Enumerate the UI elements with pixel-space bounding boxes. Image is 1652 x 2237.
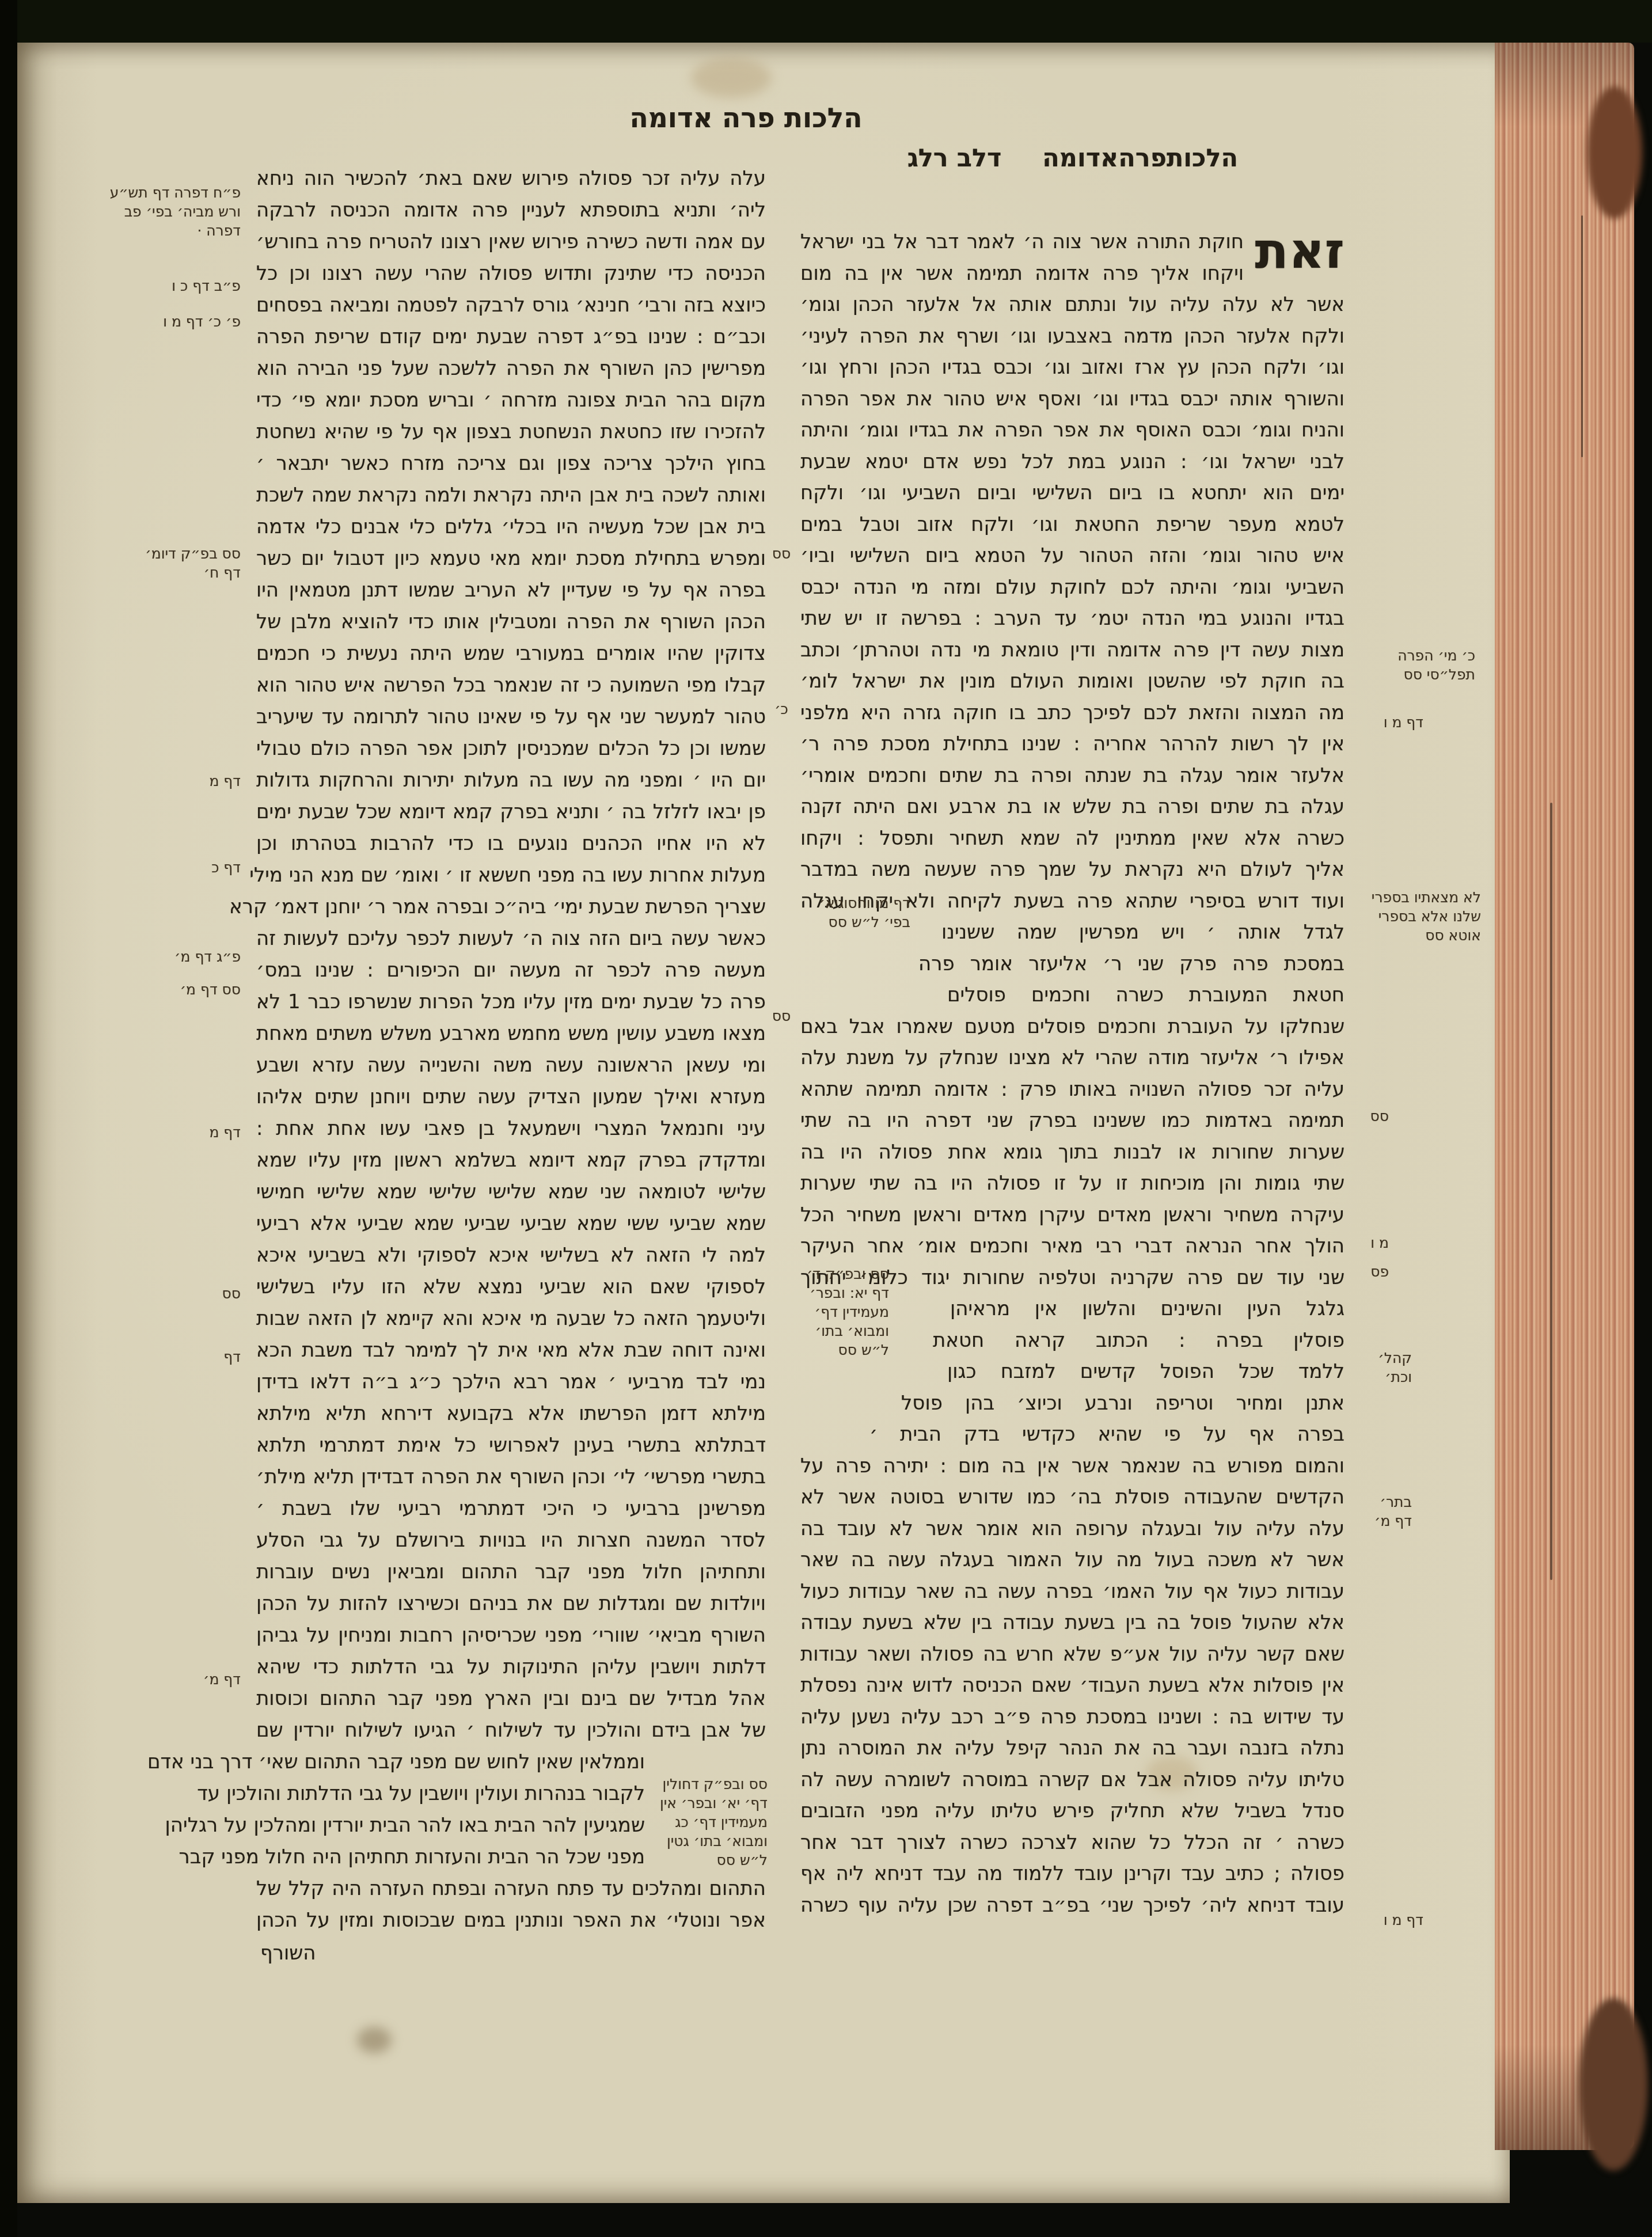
text-line: פן יבאו לזלזל בה ׳ ותניא בפרק קמא דיומא … (256, 797, 766, 829)
text-line: שמשו וכן כל הכלים שמכניסין לתוכן אפר הפר… (256, 734, 766, 766)
fore-edge-ink-mark (1550, 803, 1552, 1580)
text-line: דלתות ויושבין עליהן התינוקות על גבי הדלת… (256, 1653, 766, 1684)
text-line: הולך אחר הנראה דברי רבי מאיר וחכמים אומ׳… (800, 1232, 1345, 1263)
text-line: עיני וחנמאל המצרי וישמעאל בן פאבי עשו אח… (256, 1114, 766, 1146)
text-line: מפני שכל הר הבית והעזרות תחתיהן היה חלול… (256, 1843, 645, 1874)
page-edge-tear (1579, 1998, 1648, 2171)
text-line: מילתא דזמן הפרשתו אלא בקבועא דירחא תליא … (256, 1399, 766, 1431)
text-line: לסדר המשנה חצרות היו בנויות בירושלם על ג… (256, 1526, 766, 1558)
text-line: והמום מפורש בה שנאמר אשר אין בה מום : ית… (800, 1452, 1345, 1483)
text-line: שאם קשר עליה עול אע״פ שלא חרש בה פסולה ו… (800, 1640, 1345, 1672)
text-line: מקום בהר הבית צפונה מזרחה ׳ ובריש מסכת י… (256, 386, 766, 417)
text-line: למה לי הזאה לא בשלישי איכא לספוקי ולא בש… (256, 1241, 766, 1273)
text-line: מעלות אחרות עשו בה מפני חששא זו ׳ ואומ׳ … (256, 861, 766, 892)
text-line: לא היו אחיו הכהנים נוגעים בו כדי להרבות … (256, 829, 766, 861)
text-line: השביעי וגומ׳ והיתה לכם לחוקת עולם ומזה מ… (800, 573, 1345, 605)
text-line: טהור למעשר שני אף על פי שאינו טהור לתרומ… (256, 702, 766, 734)
text-line: אליך לעולם היא נקראת על שמך פרה שעשה משה… (800, 855, 1345, 887)
text-line: לגדל אותה ׳ ויש מפרשין שמה ששנינו (941, 918, 1345, 950)
text-line: עד שידוש בה : ושנינו במסכת פרה פ״ב רכב ע… (800, 1703, 1345, 1734)
text-line: חוקת התורה אשר צוה ה׳ לאמר דבר אל בני יש… (800, 227, 1244, 259)
text-line: כאשר עשה ביום הזה צוה ה׳ לעשות לכפר עליכ… (256, 924, 766, 956)
text-line: להזכירו שזו כחטאת הנשחטת בצפון אף על פי … (256, 417, 766, 449)
binding-edge-shadow (0, 0, 17, 2237)
text-line: השורף מביאי׳ שוורי׳ מפני שכריסיהן רחבות … (256, 1621, 766, 1653)
text-line: במסכת פרה פרק שני ר׳ אליעזר אומר פרה (918, 950, 1345, 981)
text-line: טליתו עליה פסולה אבל אם קשרה במוסרה לשומ… (800, 1765, 1345, 1797)
text-line: דבתלתא בתשרי בעינן לאפרושי כל אימת דמתרמ… (256, 1431, 766, 1463)
text-line: מצות עשה דין פרה אדומה ודין טומאת מי נדה… (800, 636, 1345, 667)
background-top-strip (0, 0, 1652, 43)
text-line: לספוקי שאם הוא שביעי נמצא שלא הזו עליו ב… (256, 1273, 766, 1304)
text-line: ועוד דורש בסיפרי שתהא פרה בשעת לקיחה ולא… (800, 887, 1345, 918)
text-line: שמגיעין להר הבית באו להר הבית יורדין ומה… (256, 1811, 645, 1843)
text-line: עלה עליה זכר פסולה פירוש שאם באת׳ להכשיר… (256, 164, 766, 196)
text-line: עובד דניחא ליה׳ לפיכך שני׳ בפ״ב דפרה שכן… (800, 1891, 1345, 1923)
text-line: ומי עשאן הראשונה עשה משה והשנייה עשה עזר… (256, 1051, 766, 1083)
text-line: מה המצוה והזאת לכם לפיכך כתב בו חוקה גזר… (800, 698, 1345, 730)
text-line: עבודות כעול אף עול האמו׳ בפרה עשה בה שאר… (800, 1577, 1345, 1609)
text-line: ויקחו אליך פרה אדומה תמימה אשר אין בה מו… (800, 259, 1244, 291)
text-line: שנחלקו על העוברת וחכמים פוסלים מטעם שאמר… (800, 1012, 1345, 1044)
running-head: הלכות פרה אדומה (626, 102, 865, 134)
text-line: ומדקדק בפרק קמא דיומא בשלמא ראשון מזין ע… (256, 1146, 766, 1178)
text-line: חטאת המעוברת כשרה וחכמים פוסלים (947, 981, 1345, 1012)
text-line: ללמד שכל הפוסל קדשים למזבח כגון (947, 1357, 1345, 1389)
text-line: וגו׳ ולקח הכהן עץ ארז ואזוב וגו׳ וכבס בג… (800, 353, 1345, 385)
text-line: מפרישין כהן השורף את הפרה ללשכה שעל פני … (256, 354, 766, 386)
text-line: שערות שחורות או לבנות בתוך גומא אחת פסול… (800, 1138, 1345, 1169)
text-line: צדוקין שהיו אומרים במעורבי שמש היתה נעשי… (256, 639, 766, 671)
text-line: אפר ונוטלי׳ את האפר ונותנין במים שבכוסות… (256, 1906, 766, 1938)
text-line: הכניסה כדי שתינק ותדוש פסולה שהרי עשה רצ… (256, 259, 766, 291)
text-line: עיקרה משחיר וראשן מאדים עיקרן מאדים וראש… (800, 1201, 1345, 1232)
text-line: התהום ומהלכים עד פתח העזרה ובפתח העזרה ה… (256, 1874, 766, 1906)
text-line: בגדיו והנוגע במי הנדה יטמ׳ עד הערב : בפר… (800, 604, 1345, 636)
text-line: עלה עליה עול ובעגלה ערופה הוא אומר אשר ל… (800, 1514, 1345, 1546)
text-line: עליה זכר פסולה השנויה באותו פרק : אדומה … (800, 1075, 1345, 1107)
text-line: ויולדות שם ומגדלות שם את בניהם וכשירצו ל… (256, 1589, 766, 1621)
text-line: ותחתיהן חלול מפני קבר התהום ומביאין נשים… (256, 1558, 766, 1589)
text-line: קבלו מפי השמועה כי זה שנאמר בכל הפרשה אי… (256, 671, 766, 702)
text-line: בתשרי מפרשי׳ לי׳ וכהן השורף את הפרה דבדי… (256, 1463, 766, 1494)
text-line: אתנן ומחיר וטריפה ונרבע וכיוצ׳ בהן פוסל (901, 1389, 1345, 1421)
text-line: ליה׳ ותניא בתוספתא לעניין פרה אדומה הכני… (256, 196, 766, 227)
text-line: תמימה באדמות כמו ששנינו בפרק שני דפרה הי… (800, 1106, 1345, 1138)
left-text-column: עלה עליה זכר פסולה פירוש שאם באת׳ להכשיר… (256, 164, 766, 1938)
text-line: וממלאין שאין לחוש שם מפני קבר התהום שאי׳… (256, 1748, 645, 1779)
text-line: הקדשים שהעבודה פוסלת בה׳ כמו שדורש בסוטה… (800, 1483, 1345, 1514)
catchword: השורף (260, 1942, 316, 1965)
text-line: ואינה דוחה שבת אלא מאי אית לך למימר לבד … (256, 1336, 766, 1368)
text-line: נתלה בזנבה ועבר בה את הנהר קיפל עליה את … (800, 1734, 1345, 1765)
text-line: כשרה ׳ זה הכלל כל שהוא לצרכה כשרה לצורך … (800, 1828, 1345, 1860)
text-line: וליטעמך הזאה כל שבעה מי איכא והא קיימא ל… (256, 1304, 766, 1336)
folio-marks: דלב רלג (907, 144, 1002, 173)
text-line: בפרה אף על פי שעדיין לא העריב שמשו דתנן … (256, 576, 766, 607)
text-line: איש טהור וגומ׳ והזה הטהור על הטמא ביום ה… (800, 541, 1345, 573)
text-line: אהל מבדיל שם בינם ובין הארץ מפני קבר התה… (256, 1684, 766, 1716)
text-line: עם אמה ודשה כשירה פירוש שאין רצונו להטרי… (256, 227, 766, 259)
opening-word: זאת (1255, 219, 1345, 283)
text-line: הכהן השורף את הפרה ומטבילין אותו כדי להו… (256, 607, 766, 639)
text-line: והשורף אותה יכבס בגדיו וגו׳ ואסף איש טהו… (800, 385, 1345, 416)
text-line: שמא שביעי ששי שמא שביעי שביעי שמא שביעי … (256, 1209, 766, 1241)
text-line: עגלה בת שתים ופרה בת שלש או בת ארבע ואם … (800, 792, 1345, 824)
text-line: אלא שהעול פוסל בה בין בשעת עבודה בין שלא… (800, 1608, 1345, 1640)
paper-stain (691, 58, 772, 98)
text-line: מעזרא ואילך שמעון הצדיק עשה שתים ויוחנן … (256, 1083, 766, 1114)
text-line: אין פוסלות אלא בשעת העבוד׳ שאם הכניסה לד… (800, 1671, 1345, 1703)
text-line: מצאו משבע עושין משש מחמש מארבע משלש משתי… (256, 1019, 766, 1051)
text-line: והניח וגומ׳ וכבס האוסף את אפר הפרה את בג… (800, 416, 1345, 447)
text-line: של אבן בידם והולכין עד לשילוח ׳ הגיעו לש… (256, 1716, 766, 1748)
text-line: נמי לבד מרביעי ׳ אמר רבא הילכך כ״ג ב״ה ד… (256, 1368, 766, 1399)
text-line: כיוצא בזה ורבי׳ חנינא׳ גורס לרבקה לפטמה … (256, 291, 766, 322)
text-line: וכב״ם : שנינו בפ״ג דפרה שבעת ימים קודם ש… (256, 322, 766, 354)
text-line: סנדל בשביל שלא תחליק פירש טליתו עליה מפנ… (800, 1797, 1345, 1828)
section-title-row: הלכותפרהאדומה דלב רלג (846, 144, 1238, 173)
text-line: בה חוקת לפי שהשטן ואומות העולם מונין את … (800, 667, 1345, 698)
book-fore-edge-pages (1495, 43, 1634, 2150)
right-text-column: זאת חוקת התורה אשר צוה ה׳ לאמר דבר אל בנ… (800, 227, 1345, 1922)
text-line: שצריך הפרשת שבעת ימי׳ ביה״כ ובפרה אמר ר׳… (256, 892, 766, 924)
text-line: אלעזר אומר עגלה בת שנתה ופרה בת שתים וחכ… (800, 761, 1345, 793)
text-line: אשר לא עלה עליה עול ונתתם אותה אל אלעזר … (800, 290, 1345, 322)
text-line: שלישי לטומאה שני שמא שלישי שלישי שמא שלי… (256, 1178, 766, 1209)
text-line: כשרה אלא שאין ממתינין לה שמא תשחיר ותפסל… (800, 824, 1345, 856)
text-line: מפרשינן ברביעי כי היכי דמתרמי רביעי שלו … (256, 1494, 766, 1526)
text-line: אשר לא משכה בעול מה עול האמור בעגלה עשה … (800, 1545, 1345, 1577)
scanned-book-page: { "page": { "running_head": "הלכות פרה א… (0, 0, 1652, 2237)
text-line: אין לך רשות להרהר אחריה : שנינו בתחילת מ… (800, 730, 1345, 761)
text-line: יום היו ׳ ומפני מה עשו בה מעלות יתירות ו… (256, 766, 766, 797)
text-line: ימים הוא יתחטא בו ביום השלישי וביום השבי… (800, 478, 1345, 510)
text-line: בית אבן שכל מעשיה היו בכלי׳ גללים כלי אב… (256, 512, 766, 544)
text-line: בחוץ הילכך צריכה צפון וגם צריכה מזרח כאש… (256, 449, 766, 481)
text-line: פוסלין בפרה : הכתוב קראה חטאת (933, 1326, 1345, 1358)
text-line: בפרה אף על פי שהיא כקדשי בדק הבית ׳ (869, 1420, 1345, 1452)
fore-edge-ink-mark (1581, 215, 1583, 457)
paper-stain (357, 2027, 392, 2053)
text-line: פסולה ; כתיב עבד וקרינן עובד ללמוד מה עב… (800, 1859, 1345, 1891)
text-line: מעשה פרה לכפר זה מעשה יום הכיפורים : שני… (256, 956, 766, 988)
text-line: אפילו ר׳ אליעזר מודה שהרי לא מצינו שנחלק… (800, 1043, 1345, 1075)
page-edge-tear (1587, 86, 1642, 219)
text-line: פרה כל שבעת ימים מזין עליו מכל הפרות שנש… (256, 988, 766, 1019)
text-line: ואותה לשכה בית אבן היתה נקראת ולמה נקראת… (256, 481, 766, 512)
text-line: לטמא מעפר שריפת החטאת וגו׳ ולקח אזוב וטב… (800, 510, 1345, 542)
text-line: שתי גומות והן מוכיחות זו על זו פסולה היו… (800, 1169, 1345, 1201)
text-line: גלגל העין והשינים והלשון אין מראיהן (950, 1294, 1345, 1326)
text-line: שני עוד שם פרה שקרניה וטלפיה שחורות יגוד… (800, 1263, 1345, 1295)
text-line: ומפרש בתחילת מסכת יומא מאי טעמא כיון דטב… (256, 544, 766, 576)
section-title: הלכותפרהאדומה (1042, 144, 1238, 173)
text-line: לבני ישראל וגו׳ : הנוגע במת לכל נפש אדם … (800, 447, 1345, 479)
text-line: ולקח אלעזר הכהן מדמה באצבעו וגו׳ ושרף את… (800, 322, 1345, 354)
text-line: לקבור בנהרות ועולין ויושבין על גבי הדלתו… (256, 1779, 645, 1811)
